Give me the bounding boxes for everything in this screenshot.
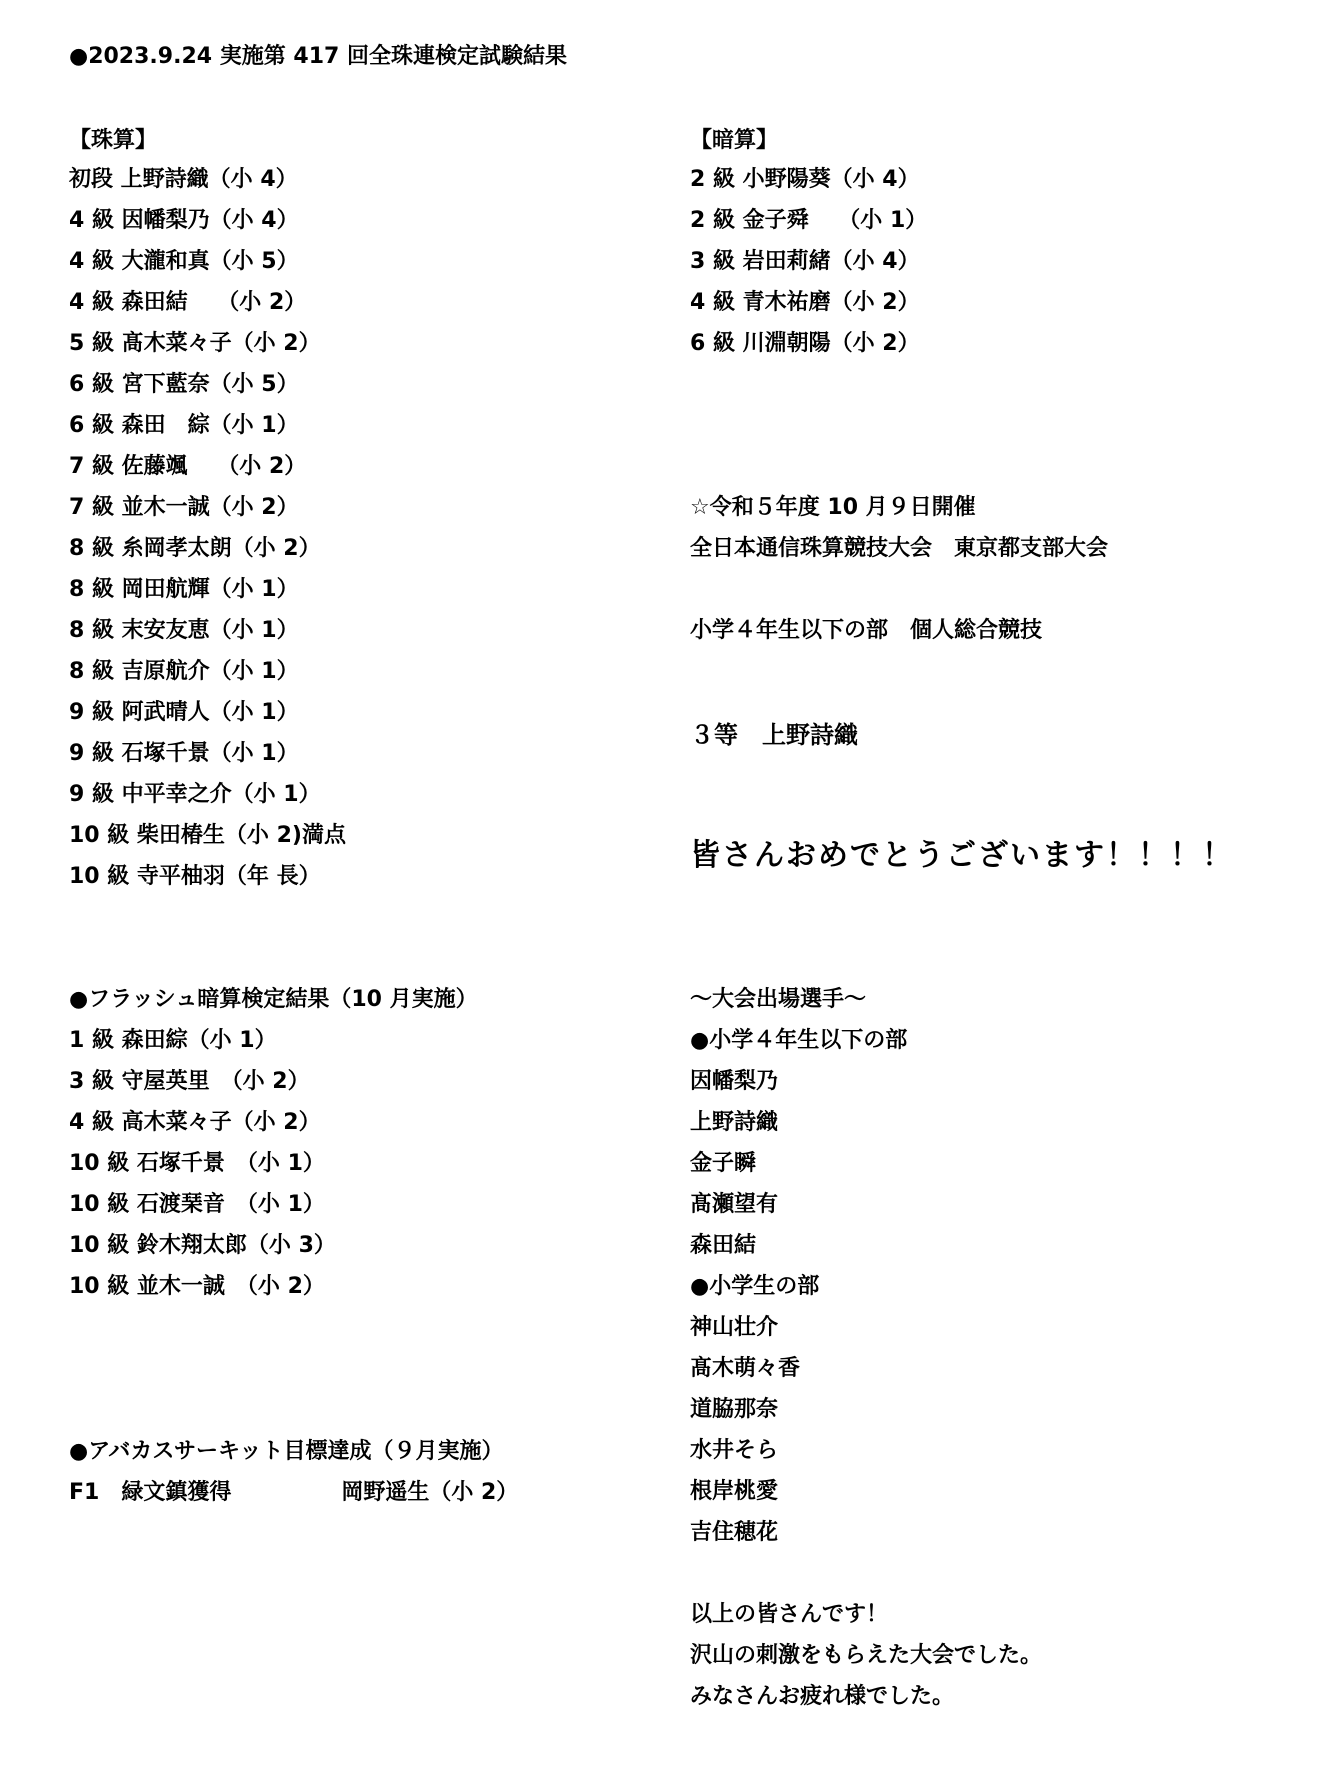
participant-name: 吉住穂花 xyxy=(690,1519,778,1547)
participant-name: 根岸桃愛 xyxy=(690,1478,778,1506)
result-row: 8 級 吉原航介（小 1） xyxy=(69,658,299,686)
anzan-header: 【暗算】 xyxy=(690,127,778,155)
result-row: 1 級 森田綜（小 1） xyxy=(69,1027,277,1055)
result-row: 7 級 佐藤颯 （小 2） xyxy=(69,453,306,481)
page-title: ●2023.9.24 実施第 417 回全珠連検定試験結果 xyxy=(69,43,567,71)
result-row: 10 級 柴田椿生（小 2)満点 xyxy=(69,822,346,850)
result-row: 10 級 石塚千景 （小 1） xyxy=(69,1150,325,1178)
result-row: 初段 上野詩織（小 4） xyxy=(69,166,298,194)
tournament-division: 小学４年生以下の部 個人総合競技 xyxy=(690,617,1042,645)
participant-group-title: ●小学生の部 xyxy=(690,1273,819,1301)
result-row: 6 級 森田 綜（小 1） xyxy=(69,412,299,440)
tournament-name: 全日本通信珠算競技大会 東京都支部大会 xyxy=(690,535,1108,563)
result-row: 2 級 金子舜 （小 1） xyxy=(690,207,927,235)
result-row: 2 級 小野陽葵（小 4） xyxy=(690,166,920,194)
result-row: 10 級 寺平柚羽（年 長） xyxy=(69,863,321,891)
result-row: 10 級 鈴木翔太郎（小 3） xyxy=(69,1232,336,1260)
result-row: 4 級 森田結 （小 2） xyxy=(69,289,306,317)
result-row: 6 級 川淵朝陽（小 2） xyxy=(690,330,920,358)
tournament-result: ３等 上野詩織 xyxy=(690,720,858,750)
result-row: F1 緑文鎮獲得 岡野遥生（小 2） xyxy=(69,1479,518,1507)
result-row: 4 級 因幡梨乃（小 4） xyxy=(69,207,299,235)
participant-name: 森田結 xyxy=(690,1232,756,1260)
result-row: 10 級 石渡琹音 （小 1） xyxy=(69,1191,325,1219)
shuzan-header: 【珠算】 xyxy=(69,127,157,155)
result-row: 4 級 青木祐磨（小 2） xyxy=(690,289,920,317)
result-row: 8 級 糸岡孝太朗（小 2） xyxy=(69,535,321,563)
participant-name: 髙木萌々香 xyxy=(690,1355,800,1383)
participant-name: 道脇那奈 xyxy=(690,1396,778,1424)
result-row: 9 級 中平幸之介（小 1） xyxy=(69,781,321,809)
closing-line: 以上の皆さんです！ xyxy=(690,1601,888,1629)
participant-group-title: ●小学４年生以下の部 xyxy=(690,1027,907,1055)
result-row: 7 級 並木一誠（小 2） xyxy=(69,494,299,522)
tournament-date: ☆令和５年度 10 月９日開催 xyxy=(690,494,976,522)
participant-name: 髙瀬望有 xyxy=(690,1191,778,1219)
congratulations-message: 皆さんおめでとうございます！！！！ xyxy=(690,837,1234,875)
participant-name: 上野詩織 xyxy=(690,1109,778,1137)
result-row: 6 級 宮下藍奈（小 5） xyxy=(69,371,299,399)
result-row: 10 級 並木一誠 （小 2） xyxy=(69,1273,325,1301)
flash-header: ●フラッシュ暗算検定結果（10 月実施） xyxy=(69,986,478,1014)
abacus-circuit-header: ●アバカスサーキット目標達成（９月実施） xyxy=(69,1438,504,1466)
result-row: 8 級 末安友恵（小 1） xyxy=(69,617,299,645)
participant-name: 因幡梨乃 xyxy=(690,1068,778,1096)
closing-line: 沢山の刺激をもらえた大会でした。 xyxy=(690,1642,1042,1670)
participant-name: 神山壮介 xyxy=(690,1314,778,1342)
result-row: 3 級 岩田莉緒（小 4） xyxy=(690,248,920,276)
result-row: 5 級 髙木菜々子（小 2） xyxy=(69,330,321,358)
participants-header: ～大会出場選手～ xyxy=(690,986,866,1014)
result-row: 9 級 石塚千景（小 1） xyxy=(69,740,299,768)
result-row: 4 級 大瀧和真（小 5） xyxy=(69,248,299,276)
closing-line: みなさんお疲れ様でした。 xyxy=(690,1683,954,1711)
result-row: 8 級 岡田航輝（小 1） xyxy=(69,576,299,604)
participant-name: 水井そら xyxy=(690,1437,778,1465)
result-row: 9 級 阿武晴人（小 1） xyxy=(69,699,299,727)
participant-name: 金子瞬 xyxy=(690,1150,756,1178)
result-row: 4 級 高木菜々子（小 2） xyxy=(69,1109,321,1137)
result-row: 3 級 守屋英里 （小 2） xyxy=(69,1068,310,1096)
